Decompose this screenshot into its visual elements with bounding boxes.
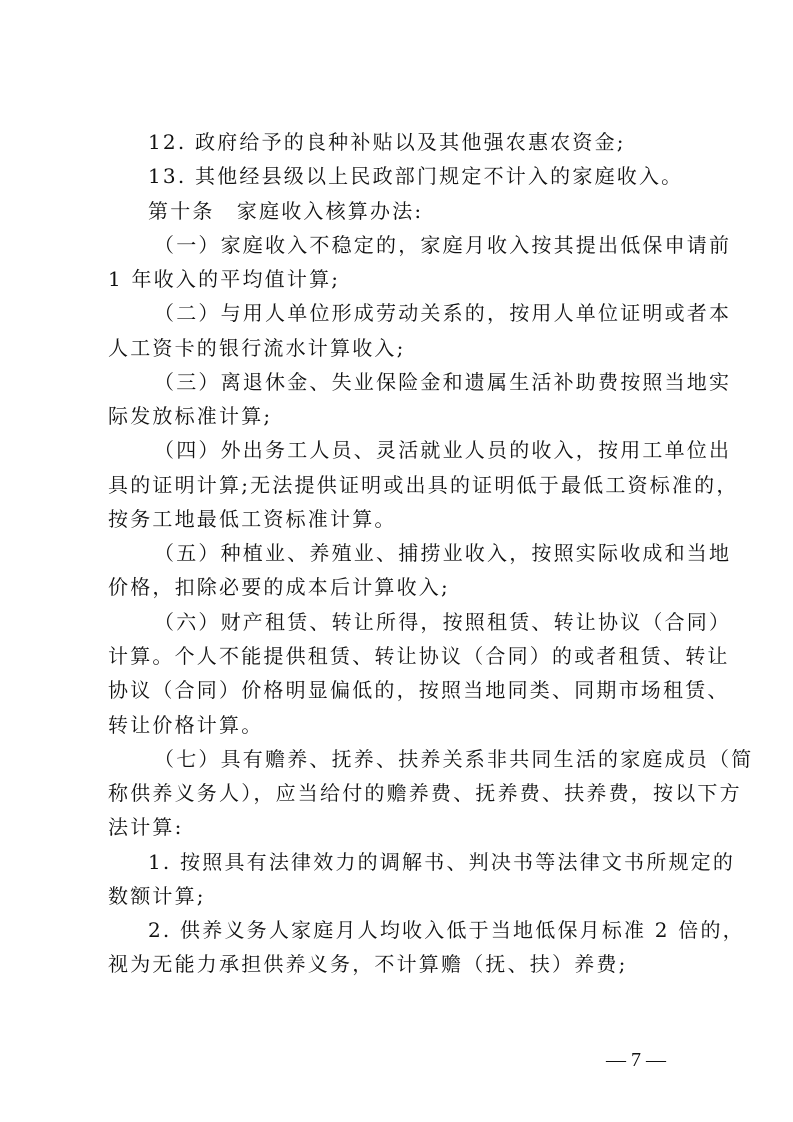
clause-6-line-2: 计算。个人不能提供租赁、转让协议（合同）的或者租赁、转让 [108, 639, 692, 673]
clause-6-line-1: （六）财产租赁、转让所得，按照租赁、转让协议（合同） [108, 605, 692, 639]
list-item-12: 12. 政府给予的良种补贴以及其他强农惠农资金; [108, 125, 692, 159]
clause-4-line-3: 按务工地最低工资标准计算。 [108, 502, 692, 536]
article-10-heading: 第十条 家庭收入核算办法: [108, 194, 692, 228]
clause-1-line-1: （一）家庭收入不稳定的，家庭月收入按其提出低保申请前 [108, 228, 692, 262]
clause-3-line-1: （三）离退休金、失业保险金和遗属生活补助费按照当地实 [108, 365, 692, 399]
list-item-13: 13. 其他经县级以上民政部门规定不计入的家庭收入。 [108, 159, 692, 193]
clause-1-line-2: 1 年收入的平均值计算; [108, 262, 692, 296]
clause-5-line-1: （五）种植业、养殖业、捕捞业收入，按照实际收成和当地 [108, 536, 692, 570]
document-body: 12. 政府给予的良种补贴以及其他强农惠农资金; 13. 其他经县级以上民政部门… [108, 125, 692, 982]
clause-5-line-2: 价格，扣除必要的成本后计算收入; [108, 570, 692, 604]
clause-4-line-2: 具的证明计算;无法提供证明或出具的证明低于最低工资标准的， [108, 468, 692, 502]
clause-7-line-3: 法计算: [108, 810, 692, 844]
document-page: 12. 政府给予的良种补贴以及其他强农惠农资金; 13. 其他经县级以上民政部门… [0, 0, 793, 1122]
clause-6-line-3: 协议（合同）价格明显偏低的，按照当地同类、同期市场租赁、 [108, 673, 692, 707]
clause-6-line-4: 转让价格计算。 [108, 708, 692, 742]
clause-4-line-1: （四）外出务工人员、灵活就业人员的收入，按用工单位出 [108, 433, 692, 467]
sub-item-2-line-2: 视为无能力承担供养义务，不计算赡（抚、扶）养费; [108, 947, 692, 981]
clause-7-line-1: （七）具有赡养、抚养、扶养关系非共同生活的家庭成员（简 [108, 742, 692, 776]
sub-item-1-line-2: 数额计算; [108, 879, 692, 913]
clause-2-line-1: （二）与用人单位形成劳动关系的，按用人单位证明或者本 [108, 296, 692, 330]
clause-7-line-2: 称供养义务人），应当给付的赡养费、抚养费、扶养费，按以下方 [108, 776, 692, 810]
page-number: — 7 — [606, 1046, 666, 1074]
sub-item-1-line-1: 1. 按照具有法律效力的调解书、判决书等法律文书所规定的 [108, 845, 692, 879]
clause-2-line-2: 人工资卡的银行流水计算收入; [108, 331, 692, 365]
sub-item-2-line-1: 2. 供养义务人家庭月人均收入低于当地低保月标准 2 倍的， [108, 913, 692, 947]
clause-3-line-2: 际发放标准计算; [108, 399, 692, 433]
